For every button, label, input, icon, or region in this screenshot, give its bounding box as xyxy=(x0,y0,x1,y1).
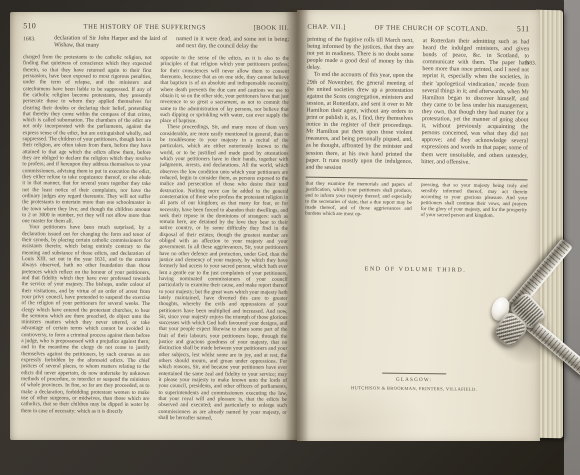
right-footnote-col1: that they examine the memorials and pape… xyxy=(305,180,412,218)
imprint-rule xyxy=(382,373,446,375)
footnote-rule xyxy=(306,176,528,180)
left-intro-col2: named in it were dead, and some not in b… xyxy=(176,36,289,51)
left-page-number: 510 xyxy=(23,21,36,30)
right-body-col2: at Rotterdam their admitting such as had… xyxy=(421,38,529,174)
printer-imprint: GLASGOW: HUTCHISON & BROOKMAN, PRINTERS,… xyxy=(303,372,525,392)
left-page: 510 THE HISTORY OF THE SUFFERINGS [BOOK … xyxy=(10,12,297,440)
right-margin-year: 1683. xyxy=(524,60,536,66)
left-running-title: THE HISTORY OF THE SUFFERINGS xyxy=(36,23,253,31)
end-of-volume-line: END OF VOLUME THIRD. xyxy=(304,266,526,275)
left-book-label: [BOOK III. xyxy=(253,25,289,32)
page-fore-edge xyxy=(536,10,563,439)
right-body-columns: printing of the fugitive rolls till Marc… xyxy=(306,37,530,174)
left-margin-year: 1683. xyxy=(23,35,45,49)
right-page-number: 511 xyxy=(517,24,530,33)
right-running-title: OF THE CHURCH OF SCOTLAND. xyxy=(346,24,517,33)
right-body-col1: printing of the fugitive rolls till Marc… xyxy=(306,37,414,173)
right-footnote-columns: that they examine the memorials and pape… xyxy=(305,180,527,219)
left-running-head: 510 THE HISTORY OF THE SUFFERINGS [BOOK … xyxy=(23,21,289,32)
imprint-city: GLASGOW: xyxy=(303,376,525,385)
right-chapter-label: CHAP. VII.] xyxy=(307,24,346,31)
right-footnote-text1: that they examine the memorials and pape… xyxy=(305,180,412,218)
right-page: CHAP. VII.] OF THE CHURCH OF SCOTLAND. 5… xyxy=(297,10,540,441)
right-footnote-text2: pressing, that so your majesty being tru… xyxy=(421,182,528,220)
right-footnote-col2: pressing, that so your majesty being tru… xyxy=(421,182,528,220)
imprint-printer: HUTCHISON & BROOKMAN, PRINTERS, VILLAFIE… xyxy=(303,384,525,392)
left-intro-row: 1683. declaration of Sir John Harper and… xyxy=(23,35,289,51)
left-footnote-col2: opposite to the sense of the edicts, as … xyxy=(158,55,289,422)
book-photo: 510 THE HISTORY OF THE SUFFERINGS [BOOK … xyxy=(0,0,580,475)
right-running-head: CHAP. VII.] OF THE CHURCH OF SCOTLAND. 5… xyxy=(307,22,529,34)
left-intro-col1: declaration of Sir John Harper and the l… xyxy=(54,35,167,50)
left-footnote-columns: charged from the protestants to the cath… xyxy=(21,54,289,422)
left-footnote-col1: charged from the protestants to the cath… xyxy=(21,54,152,421)
left-page-content: 510 THE HISTORY OF THE SUFFERINGS [BOOK … xyxy=(21,21,289,433)
right-page-content: CHAP. VII.] OF THE CHURCH OF SCOTLAND. 5… xyxy=(303,22,530,435)
